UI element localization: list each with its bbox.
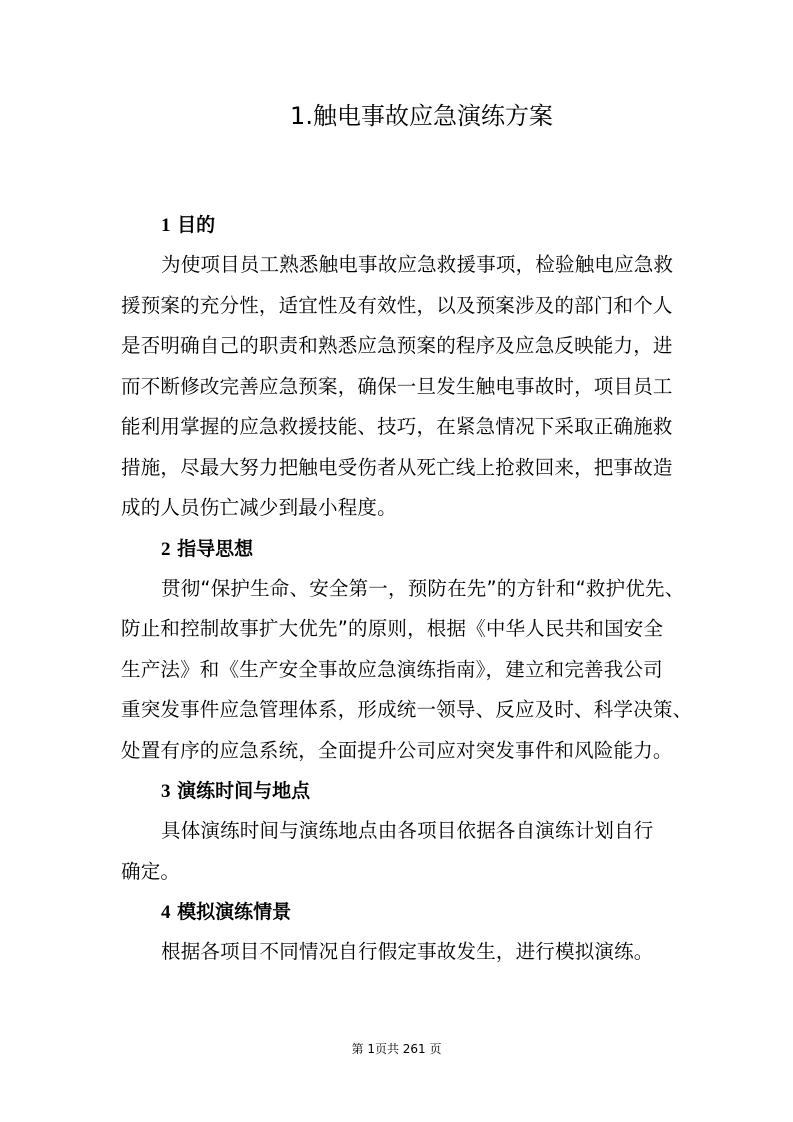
paragraph-line: 处置有序的应急系统，全面提升公司应对突发事件和风险能力。 (121, 731, 676, 772)
paragraph-line: 贯彻“保护生命、安全第一，预防在先”的方针和“救护优先、 (121, 569, 676, 610)
section-paragraph-simulation-scenario: 根据各项目不同情况自行假定事故发生，进行模拟演练。 (121, 932, 676, 973)
paragraph-line: 为使项目员工熟悉触电事故应急救援事项，检验触电应急救 (121, 245, 676, 286)
section-heading-simulation-scenario: 4 模拟演练情景 (121, 892, 676, 932)
page-number-footer: 第 1页共 261 页 (0, 1040, 793, 1058)
section-title: 目的 (177, 214, 215, 236)
paragraph-line: 成的人员伤亡减少到最小程度。 (121, 488, 676, 529)
section-title: 演练时间与地点 (177, 780, 310, 802)
section-paragraph-time-location: 具体演练时间与演练地点由各项目依据各自演练计划自行 确定。 (121, 811, 676, 892)
paragraph-line: 具体演练时间与演练地点由各项目依据各自演练计划自行 (121, 811, 676, 852)
paragraph-line: 防止和控制故事扩大优先”的原则，根据《中华人民共和国安全 (121, 609, 676, 650)
section-title: 指导思想 (177, 538, 253, 560)
paragraph-line: 生产法》和《生产安全事故应急演练指南》，建立和完善我公司 (121, 650, 676, 691)
paragraph-line: 措施，尽最大努力把触电受伤者从死亡线上抢救回来，把事故造 (121, 448, 676, 489)
paragraph-line: 根据各项目不同情况自行假定事故发生，进行模拟演练。 (121, 932, 676, 973)
paragraph-line: 是否明确自己的职责和熟悉应急预案的程序及应急反映能力，进 (121, 326, 676, 367)
paragraph-line: 能利用掌握的应急救援技能、技巧，在紧急情况下采取正确施救 (121, 407, 676, 448)
document-page: 1.触电事故应急演练方案 1 目的 为使项目员工熟悉触电事故应急救援事项，检验触… (0, 0, 793, 1122)
paragraph-line: 重突发事件应急管理体系，形成统一领导、反应及时、科学决策、 (121, 690, 676, 731)
section-heading-purpose: 1 目的 (121, 205, 676, 245)
paragraph-line: 援预案的充分性，适宜性及有效性，以及预案涉及的部门和个人 (121, 286, 676, 327)
section-title: 模拟演练情景 (177, 901, 291, 923)
section-number: 2 (161, 539, 171, 560)
section-number: 1 (161, 215, 171, 236)
paragraph-line: 而不断修改完善应急预案，确保一旦发生触电事故时，项目员工 (121, 367, 676, 408)
section-number: 3 (161, 781, 171, 802)
document-body: 1 目的 为使项目员工熟悉触电事故应急救援事项，检验触电应急救 援预案的充分性，… (121, 205, 676, 973)
paragraph-line: 确定。 (121, 852, 676, 893)
document-title: 1.触电事故应急演练方案 (0, 100, 793, 132)
section-paragraph-purpose: 为使项目员工熟悉触电事故应急救援事项，检验触电应急救 援预案的充分性，适宜性及有… (121, 245, 676, 529)
section-paragraph-guiding-principle: 贯彻“保护生命、安全第一，预防在先”的方针和“救护优先、 防止和控制故事扩大优先… (121, 569, 676, 772)
section-heading-time-location: 3 演练时间与地点 (121, 771, 676, 811)
section-heading-guiding-principle: 2 指导思想 (121, 529, 676, 569)
section-number: 4 (161, 902, 171, 923)
